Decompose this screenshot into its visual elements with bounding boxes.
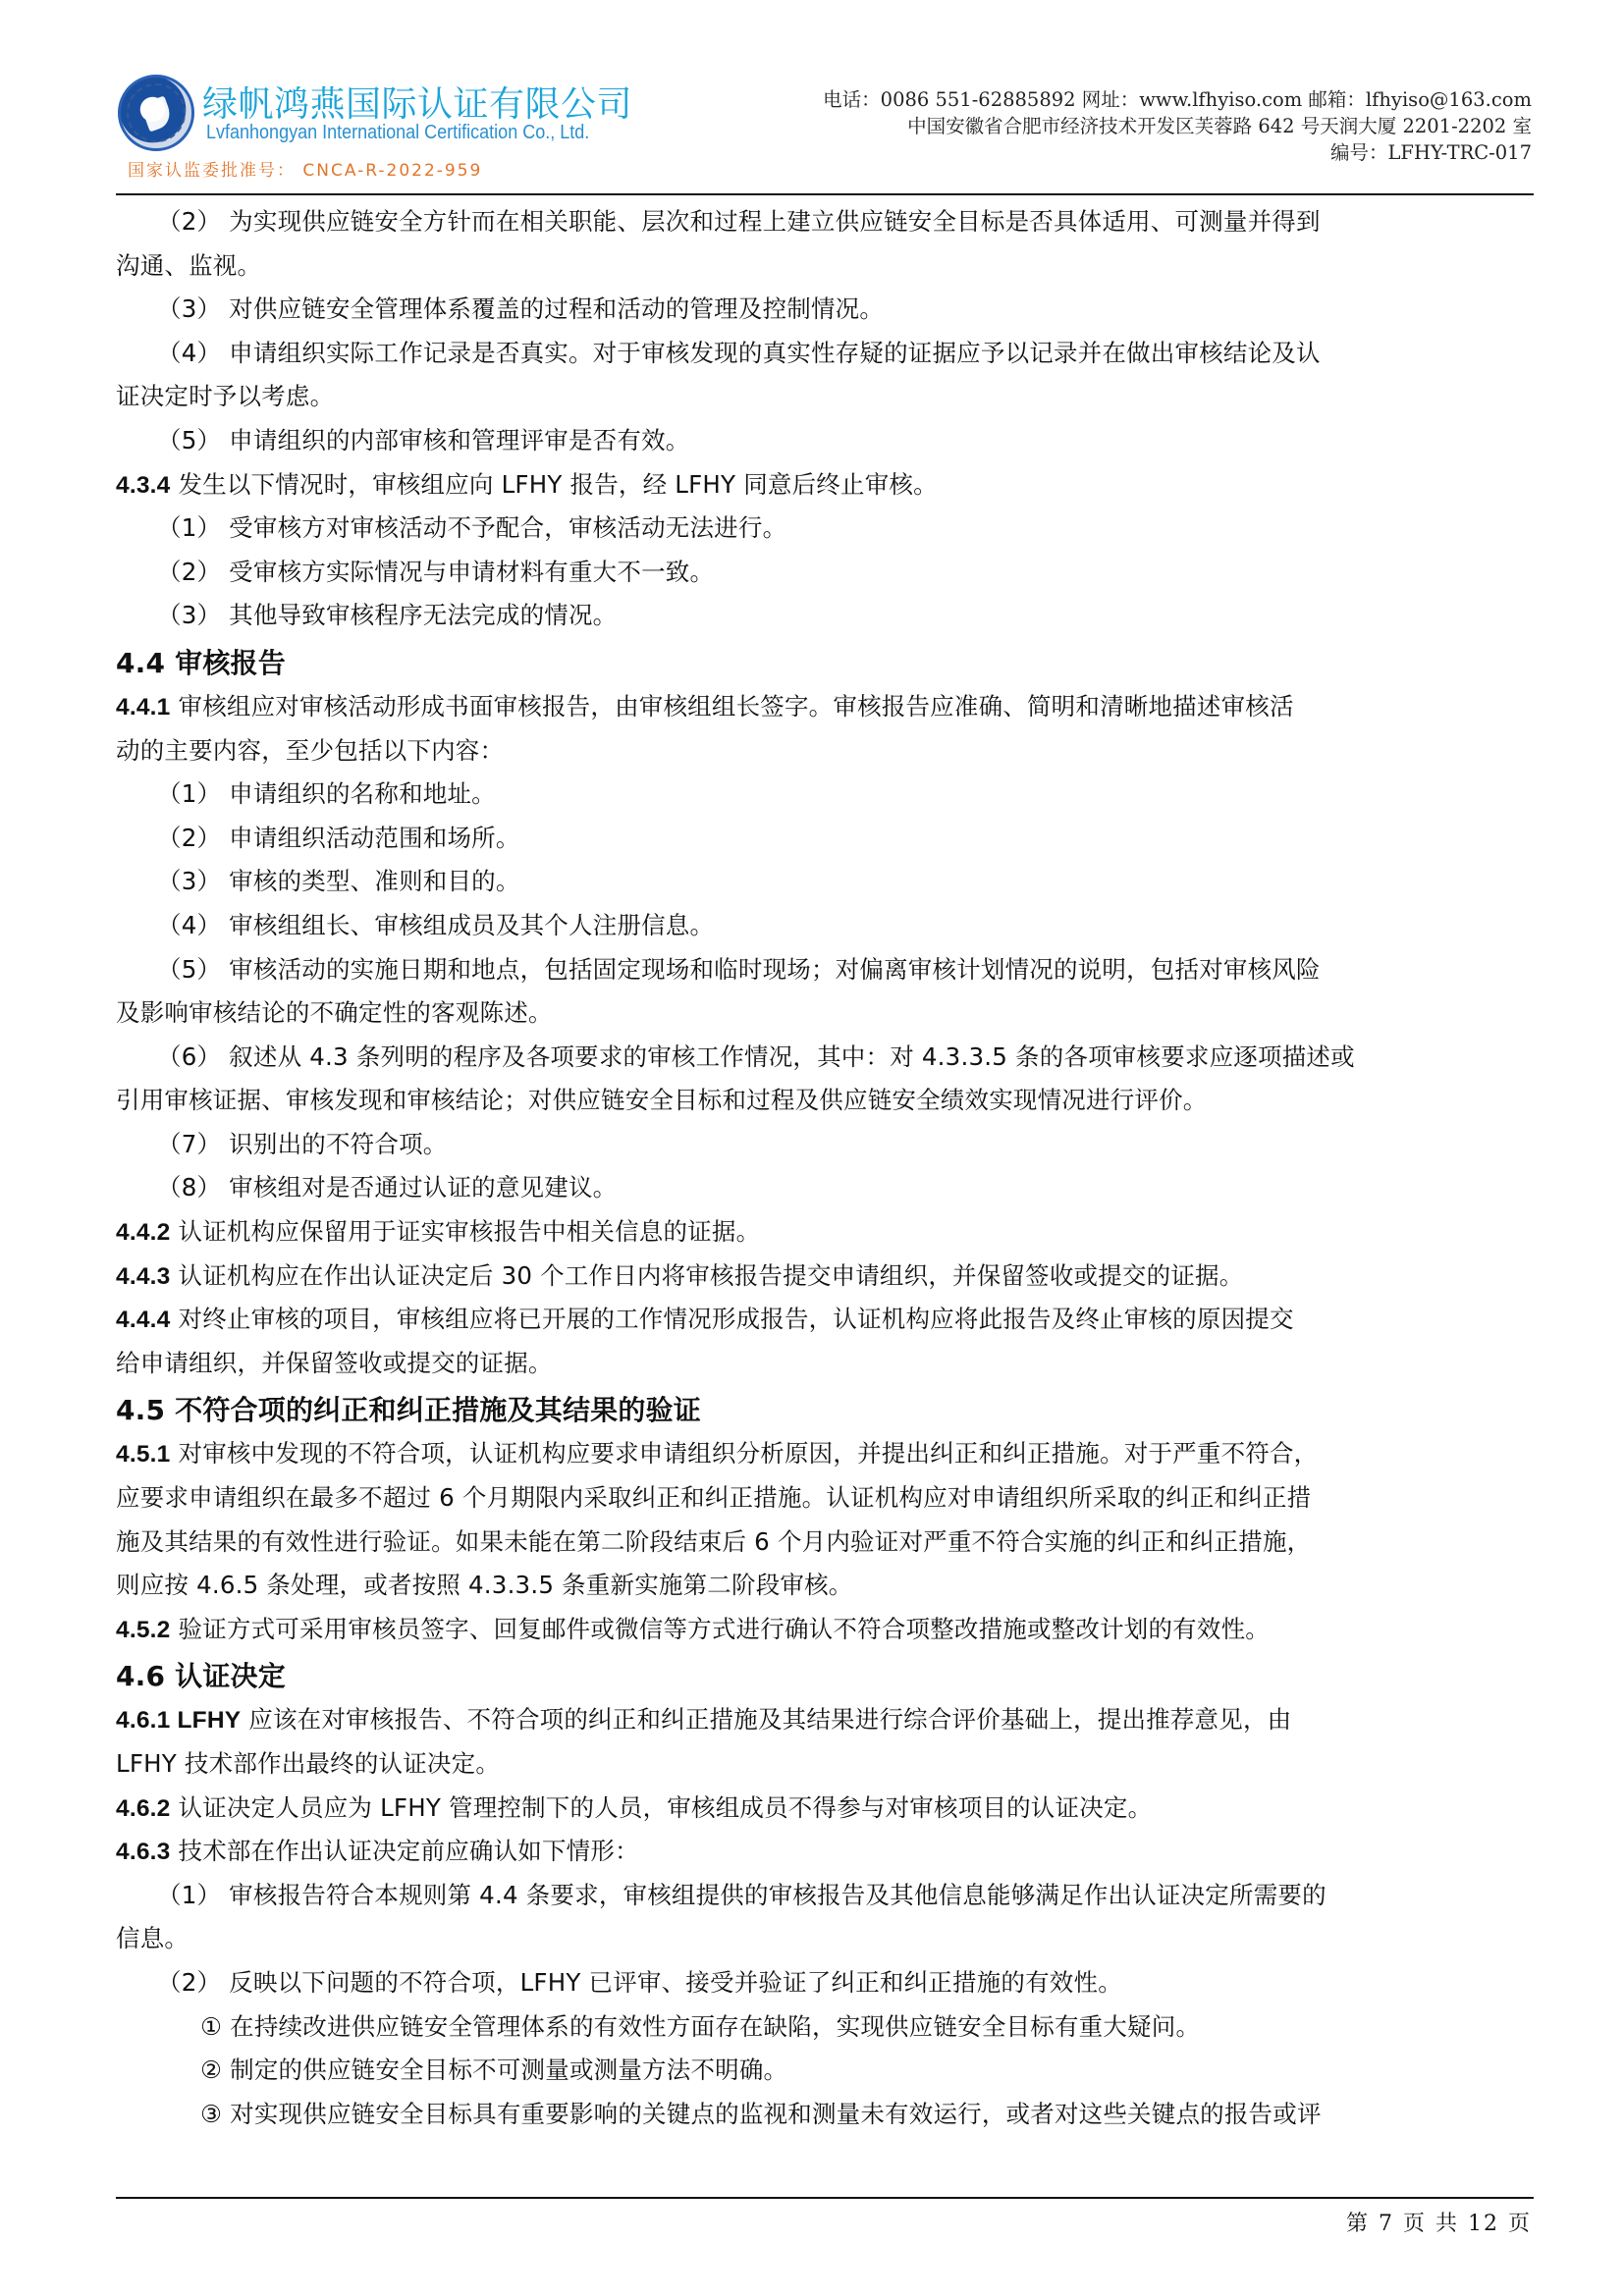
clause-text: 认证机构应保留用于证实审核报告中相关信息的证据。 bbox=[171, 1217, 761, 1246]
clause-text: 对审核中发现的不符合项，认证机构应要求申请组织分析原因，并提出纠正和纠正措施。对… bbox=[171, 1439, 1319, 1468]
clause-number: 4.5.1 bbox=[116, 1441, 171, 1468]
list-item: （4） 申请组织实际工作记录是否真实。对于审核发现的真实性存疑的证据应予以记录并… bbox=[116, 332, 1534, 376]
clause-4-4-4: 4.4.4 对终止审核的项目，审核组应将已开展的工作情况形成报告，认证机构应将此… bbox=[116, 1298, 1534, 1342]
list-item: （3） 对供应链安全管理体系覆盖的过程和活动的管理及控制情况。 bbox=[116, 288, 1534, 332]
clause-4-3-4: 4.3.4 发生以下情况时，审核组应向 LFHY 报告，经 LFHY 同意后终止… bbox=[116, 463, 1534, 507]
list-item: （2） 为实现供应链安全方针而在相关职能、层次和过程上建立供应链安全目标是否具体… bbox=[116, 200, 1534, 244]
clause-4-5-1: 4.5.1 对审核中发现的不符合项，认证机构应要求申请组织分析原因，并提出纠正和… bbox=[116, 1432, 1534, 1476]
list-item: （2） 申请组织活动范围和场所。 bbox=[116, 817, 1534, 861]
list-item-continuation: 及影响审核结论的不确定性的客观陈述。 bbox=[116, 991, 1534, 1036]
list-item: （5） 审核活动的实施日期和地点，包括固定现场和临时现场；对偏离审核计划情况的说… bbox=[116, 948, 1534, 992]
list-item: （2） 受审核方实际情况与申请材料有重大不一致。 bbox=[116, 551, 1534, 595]
clause-text: 认证决定人员应为 LFHY 管理控制下的人员，审核组成员不得参与对审核项目的认证… bbox=[171, 1793, 1153, 1822]
list-item: （8） 审核组对是否通过认证的意见建议。 bbox=[116, 1166, 1534, 1210]
contact-block: 电话：0086 551-62885892 网址：www.lfhyiso.com … bbox=[823, 86, 1532, 166]
clause-continuation: 应要求申请组织在最多不超过 6 个月期限内采取纠正和纠正措施。认证机构应对申请组… bbox=[116, 1476, 1534, 1521]
sub-list-item: ① 在持续改进供应链安全管理体系的有效性方面存在缺陷，实现供应链安全目标有重大疑… bbox=[116, 2005, 1534, 2050]
clause-text: 发生以下情况时，审核组应向 LFHY 报告，经 LFHY 同意后终止审核。 bbox=[171, 470, 938, 499]
document-number: 编号：LFHY-TRC-017 bbox=[823, 139, 1532, 166]
list-item: （3） 审核的类型、准则和目的。 bbox=[116, 860, 1534, 904]
header-divider bbox=[116, 193, 1534, 195]
section-heading-4-5: 4.5 不符合项的纠正和纠正措施及其结果的验证 bbox=[116, 1385, 1534, 1432]
clause-4-6-2: 4.6.2 认证决定人员应为 LFHY 管理控制下的人员，审核组成员不得参与对审… bbox=[116, 1787, 1534, 1831]
list-item-continuation: 沟通、监视。 bbox=[116, 244, 1534, 289]
page-header: 绿帆鸿燕国际认证有限公司 Lvfanhongyan International … bbox=[116, 73, 1532, 192]
company-logo-icon bbox=[118, 75, 194, 151]
clause-4-6-3: 4.6.3 技术部在作出认证决定前应确认如下情形： bbox=[116, 1830, 1534, 1874]
clause-text: 应该在对审核报告、不符合项的纠正和纠正措施及其结果进行综合评价基础上，提出推荐意… bbox=[241, 1705, 1291, 1734]
clause-number: 4.4.2 bbox=[116, 1219, 171, 1246]
clause-number: 4.4.3 bbox=[116, 1263, 171, 1290]
clause-number: 4.6.3 bbox=[116, 1839, 171, 1865]
page-number: 第 7 页 共 12 页 bbox=[1346, 2207, 1532, 2237]
address-line: 中国安徽省合肥市经济技术开发区芙蓉路 642 号天润大厦 2201-2202 室 bbox=[823, 113, 1532, 139]
approval-number: 国家认监委批准号： CNCA-R-2022-959 bbox=[128, 156, 482, 181]
clause-text: 审核组应对审核活动形成书面审核报告，由审核组组长签字。审核报告应准确、简明和清晰… bbox=[171, 692, 1294, 721]
list-item: （7） 识别出的不符合项。 bbox=[116, 1123, 1534, 1167]
clause-4-5-2: 4.5.2 验证方式可采用审核员签字、回复邮件或微信等方式进行确认不符合项整改措… bbox=[116, 1608, 1534, 1652]
clause-continuation: LFHY 技术部作出最终的认证决定。 bbox=[116, 1742, 1534, 1787]
list-item: （2） 反映以下问题的不符合项，LFHY 已评审、接受并验证了纠正和纠正措施的有… bbox=[116, 1961, 1534, 2005]
list-item: （6） 叙述从 4.3 条列明的程序及各项要求的审核工作情况，其中：对 4.3.… bbox=[116, 1036, 1534, 1080]
footer-divider bbox=[116, 2197, 1534, 2199]
clause-4-6-1: 4.6.1 LFHY 应该在对审核报告、不符合项的纠正和纠正措施及其结果进行综合… bbox=[116, 1698, 1534, 1742]
clause-4-4-1: 4.4.1 审核组应对审核活动形成书面审核报告，由审核组组长签字。审核报告应准确… bbox=[116, 685, 1534, 729]
clause-continuation: 则应按 4.6.5 条处理，或者按照 4.3.3.5 条重新实施第二阶段审核。 bbox=[116, 1564, 1534, 1608]
clause-number: 4.4.4 bbox=[116, 1307, 171, 1333]
clause-continuation: 施及其结果的有效性进行验证。如果未能在第二阶段结束后 6 个月内验证对严重不符合… bbox=[116, 1521, 1534, 1565]
section-heading-4-4: 4.4 审核报告 bbox=[116, 638, 1534, 685]
list-item-continuation: 证决定时予以考虑。 bbox=[116, 375, 1534, 419]
clause-number: 4.5.2 bbox=[116, 1617, 171, 1643]
clause-text: 验证方式可采用审核员签字、回复邮件或微信等方式进行确认不符合项整改措施或整改计划… bbox=[171, 1615, 1270, 1643]
company-name-cn: 绿帆鸿燕国际认证有限公司 bbox=[202, 77, 632, 127]
clause-4-4-3: 4.4.3 认证机构应在作出认证决定后 30 个工作日内将审核报告提交申请组织，… bbox=[116, 1255, 1534, 1299]
clause-number: 4.3.4 bbox=[116, 472, 171, 499]
clause-4-4-2: 4.4.2 认证机构应保留用于证实审核报告中相关信息的证据。 bbox=[116, 1210, 1534, 1255]
clause-continuation: 给申请组织，并保留签收或提交的证据。 bbox=[116, 1342, 1534, 1386]
list-item: （5） 申请组织的内部审核和管理评审是否有效。 bbox=[116, 419, 1534, 463]
clause-number: 4.6.2 bbox=[116, 1795, 171, 1822]
list-item: （3） 其他导致审核程序无法完成的情况。 bbox=[116, 594, 1534, 638]
clause-number: 4.6.1 LFHY bbox=[116, 1707, 241, 1734]
list-item-continuation: 引用审核证据、审核发现和审核结论；对供应链安全目标和过程及供应链安全绩效实现情况… bbox=[116, 1079, 1534, 1123]
clause-text: 认证机构应在作出认证决定后 30 个工作日内将审核报告提交申请组织，并保留签收或… bbox=[171, 1261, 1244, 1290]
list-item: （1） 受审核方对审核活动不予配合，审核活动无法进行。 bbox=[116, 507, 1534, 551]
list-item: （1） 审核报告符合本规则第 4.4 条要求，审核组提供的审核报告及其他信息能够… bbox=[116, 1874, 1534, 1918]
list-item: （1） 申请组织的名称和地址。 bbox=[116, 773, 1534, 817]
list-item-continuation: 信息。 bbox=[116, 1917, 1534, 1961]
sub-list-item: ③ 对实现供应链安全目标具有重要影响的关键点的监视和测量未有效运行，或者对这些关… bbox=[116, 2093, 1534, 2137]
section-heading-4-6: 4.6 认证决定 bbox=[116, 1651, 1534, 1698]
list-item: （4） 审核组组长、审核组成员及其个人注册信息。 bbox=[116, 904, 1534, 948]
clause-text: 技术部在作出认证决定前应确认如下情形： bbox=[171, 1837, 639, 1865]
clause-number: 4.4.1 bbox=[116, 694, 171, 721]
document-body: （2） 为实现供应链安全方针而在相关职能、层次和过程上建立供应链安全目标是否具体… bbox=[116, 200, 1534, 2136]
document-page: 绿帆鸿燕国际认证有限公司 Lvfanhongyan International … bbox=[0, 0, 1624, 2296]
contact-line: 电话：0086 551-62885892 网址：www.lfhyiso.com … bbox=[823, 86, 1532, 113]
company-name-en: Lvfanhongyan International Certification… bbox=[206, 122, 589, 144]
clause-continuation: 动的主要内容，至少包括以下内容： bbox=[116, 729, 1534, 774]
clause-text: 对终止审核的项目，审核组应将已开展的工作情况形成报告，认证机构应将此报告及终止审… bbox=[171, 1305, 1294, 1333]
sub-list-item: ② 制定的供应链安全目标不可测量或测量方法不明确。 bbox=[116, 2049, 1534, 2093]
